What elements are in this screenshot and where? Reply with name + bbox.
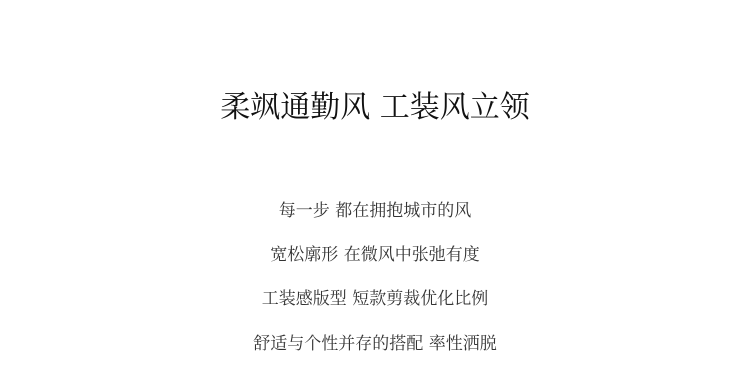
description-line-4: 舒适与个性并存的搭配 率性洒脱	[0, 332, 750, 356]
description-line-3: 工装感版型 短款剪裁优化比例	[0, 287, 750, 311]
description-line-1: 每一步 都在拥抱城市的风	[0, 199, 750, 223]
page-title: 柔飒通勤风 工装风立领	[0, 88, 750, 128]
description-line-2: 宽松廓形 在微风中张弛有度	[0, 243, 750, 267]
